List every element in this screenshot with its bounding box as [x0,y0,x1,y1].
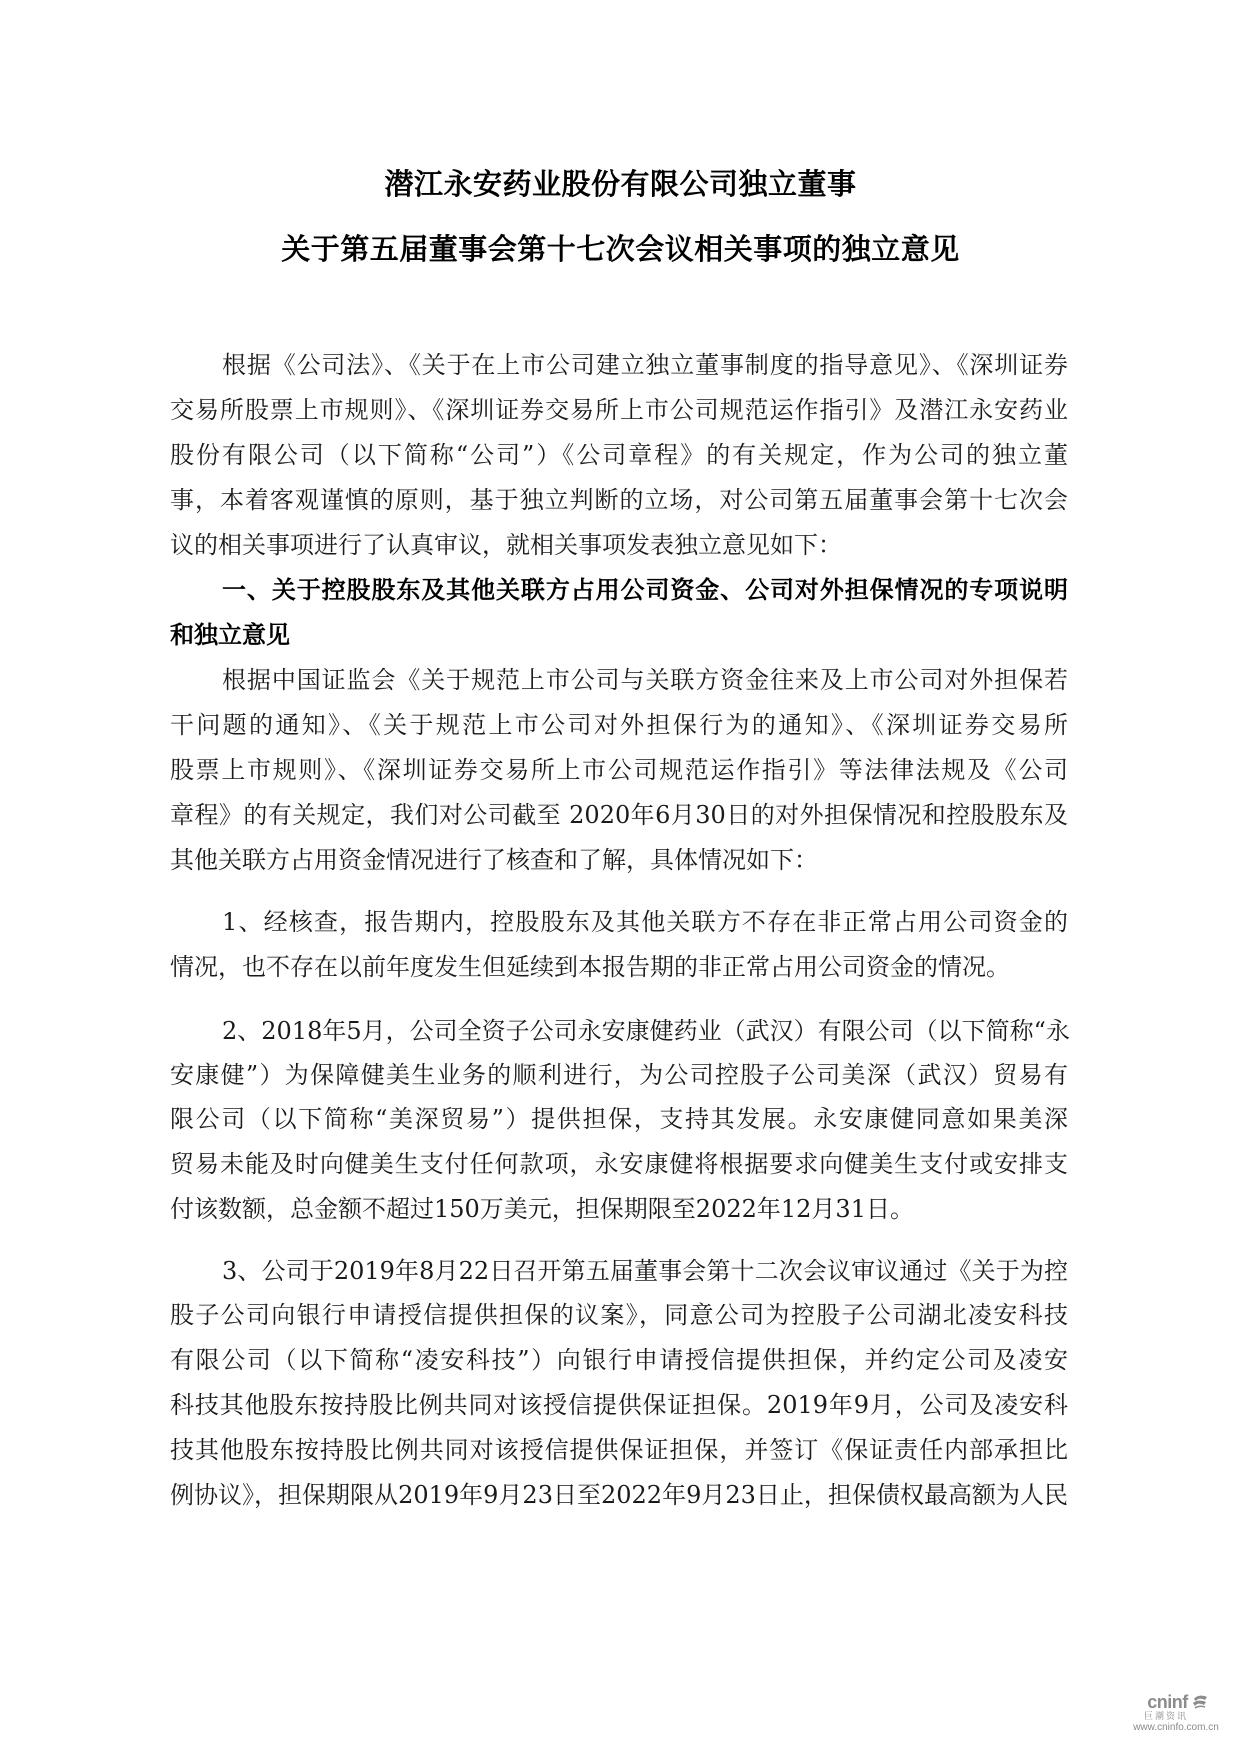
document-page: 潜江永安药业股份有限公司独立董事 关于第五届董事会第十七次会议相关事项的独立意见… [0,0,1241,1754]
document-title-line-1: 潜江永安药业股份有限公司独立董事 [0,162,1241,203]
text-line: 1、经核查，报告期内，控股股东及其他关联方不存在非正常占用公司资金的 [222,907,1068,937]
text-line: 干问题的通知》、《关于规范上市公司对外担保行为的通知》、《深圳证券交易所 [170,710,1068,740]
text-line: 事，本着客观谨慎的原则，基于独立判断的立场，对公司第五届董事会第十七次会 [170,485,1068,515]
text-line: 其他关联方占用资金情况进行了核查和了解，具体情况如下： [170,845,1068,875]
text-line: 议的相关事项进行了认真审议，就相关事项发表独立意见如下： [170,530,1068,560]
watermark-brand: cninf [1147,1692,1188,1713]
watermark-brand-cn: 巨潮资讯 [1144,1711,1238,1722]
text-line: 科技其他股东按持股比例共同对该授信提供保证担保。2019年9月，公司及凌安科 [170,1390,1068,1420]
text-line: 根据中国证监会《关于规范上市公司与关联方资金往来及上市公司对外担保若 [222,665,1068,695]
document-title-line-2: 关于第五届董事会第十七次会议相关事项的独立意见 [0,227,1241,268]
text-line: 技其他股东按持股比例共同对该授信提供保证担保，并签订《保证责任内部承担比 [170,1435,1068,1465]
cninfo-logo-icon [1191,1694,1209,1710]
heading-line: 和独立意见 [170,620,1068,650]
text-line: 限公司（以下简称“美深贸易”）提供担保，支持其发展。永安康健同意如果美深 [170,1104,1068,1134]
watermark-url: www.cninfo.com.cn [1114,1722,1238,1734]
text-line: 付该数额，总金额不超过150万美元，担保期限至2022年12月31日。 [170,1194,1068,1224]
text-line: 贸易未能及时向健美生支付任何款项，永安康健将根据要求向健美生支付或安排支 [170,1149,1068,1179]
cninfo-watermark: cninf 巨潮资讯 www.cninfo.com.cn [1118,1693,1238,1734]
text-line: 交易所股票上市规则》、《深圳证券交易所上市公司规范运作指引》及潜江永安药业 [170,395,1068,425]
text-line: 股票上市规则》、《深圳证券交易所上市公司规范运作指引》等法律法规及《公司 [170,755,1068,785]
text-line: 3、公司于2019年8月22日召开第五届董事会第十二次会议审议通过《关于为控 [222,1256,1068,1286]
heading-line: 一、关于控股股东及其他关联方占用公司资金、公司对外担保情况的专项说明 [222,575,1068,605]
text-line: 股份有限公司（以下简称“公司”）《公司章程》的有关规定，作为公司的独立董 [170,440,1068,470]
text-line: 例协议》，担保期限从2019年9月23日至2022年9月23日止，担保债权最高额… [170,1480,1068,1510]
text-line: 情况，也不存在以前年度发生但延续到本报告期的非正常占用公司资金的情况。 [170,952,1068,982]
text-line: 根据《公司法》、《关于在上市公司建立独立董事制度的指导意见》、《深圳证券 [222,350,1068,380]
text-line: 安康健”）为保障健美生业务的顺利进行，为公司控股子公司美深（武汉）贸易有 [170,1060,1068,1090]
text-line: 章程》的有关规定，我们对公司截至 2020年6月30日的对外担保情况和控股股东及 [170,800,1068,830]
text-line: 股子公司向银行申请授信提供担保的议案》，同意公司为控股子公司湖北凌安科技 [170,1300,1068,1330]
text-line: 2、2018年5月，公司全资子公司永安康健药业（武汉）有限公司（以下简称“永 [222,1016,1068,1046]
text-line: 有限公司（以下简称“凌安科技”）向银行申请授信提供担保，并约定公司及凌安 [170,1345,1068,1375]
